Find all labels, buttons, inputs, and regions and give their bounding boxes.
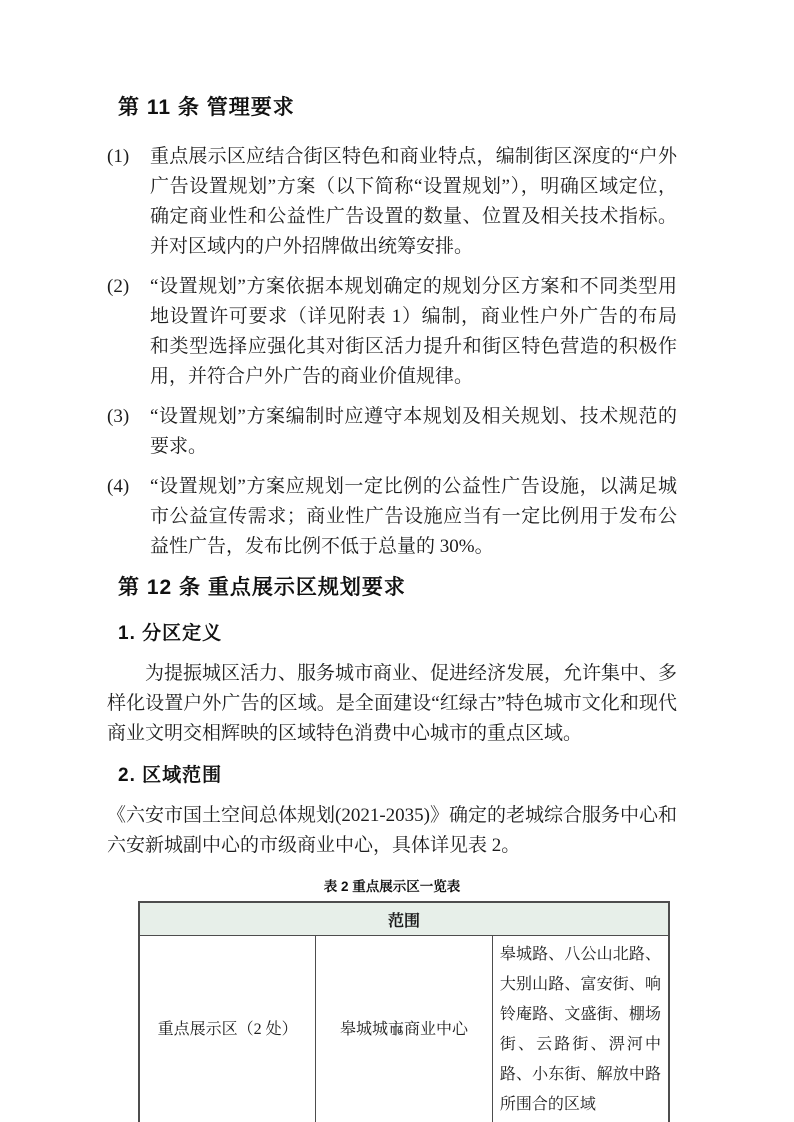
- table-header-cell: 范围: [139, 902, 669, 936]
- table-caption: 表 2 重点展示区一览表: [107, 875, 677, 895]
- table-header-row: 范围: [139, 902, 669, 936]
- item-text: “设置规划”方案编制时应遵守本规划及相关规划、技术规范的要求。: [150, 402, 677, 462]
- item-text: “设置规划”方案应规划一定比例的公益性广告设施，以满足城市公益宣传需求；商业性广…: [150, 472, 677, 562]
- page-content: 第 11 条 管理要求 (1) 重点展示区应结合街区特色和商业特点，编制街区深度…: [107, 95, 677, 1122]
- article-11-title: 第 11 条 管理要求: [107, 95, 677, 121]
- page-number: 16: [0, 1024, 794, 1039]
- item-text: 重点展示区应结合街区特色和商业特点，编制街区深度的“户外广告设置规划”方案（以下…: [150, 142, 677, 262]
- item-number: (2): [107, 272, 150, 392]
- section-2-paragraph: 《六安市国土空间总体规划(2021-2035)》确定的老城综合服务中心和六安新城…: [107, 801, 677, 861]
- item-text: “设置规划”方案依据本规划确定的规划分区方案和不同类型用地设置许可要求（详见附表…: [150, 272, 677, 392]
- item-number: (3): [107, 402, 150, 462]
- article-11-item-3: (3) “设置规划”方案编制时应遵守本规划及相关规划、技术规范的要求。: [107, 402, 677, 462]
- section-1-paragraph: 为提振城区活力、服务城市商业、促进经济发展，允许集中、多样化设置户外广告的区域。…: [107, 659, 677, 749]
- item-number: (4): [107, 472, 150, 562]
- section-2-heading: 2. 区域范围: [107, 764, 677, 788]
- article-11-item-1: (1) 重点展示区应结合街区特色和商业特点，编制街区深度的“户外广告设置规划”方…: [107, 142, 677, 262]
- document-page: 第 11 条 管理要求 (1) 重点展示区应结合街区特色和商业特点，编制街区深度…: [0, 0, 794, 1122]
- section-1-heading: 1. 分区定义: [107, 622, 677, 646]
- item-number: (1): [107, 142, 150, 262]
- article-12-title: 第 12 条 重点展示区规划要求: [107, 575, 677, 601]
- key-display-district-table: 范围 重点展示区（2 处） 皋城城市商业中心 皋城路、八公山北路、大别山路、富安…: [138, 901, 670, 1122]
- article-11-item-2: (2) “设置规划”方案依据本规划确定的规划分区方案和不同类型用地设置许可要求（…: [107, 272, 677, 392]
- article-11-item-4: (4) “设置规划”方案应规划一定比例的公益性广告设施，以满足城市公益宣传需求；…: [107, 472, 677, 562]
